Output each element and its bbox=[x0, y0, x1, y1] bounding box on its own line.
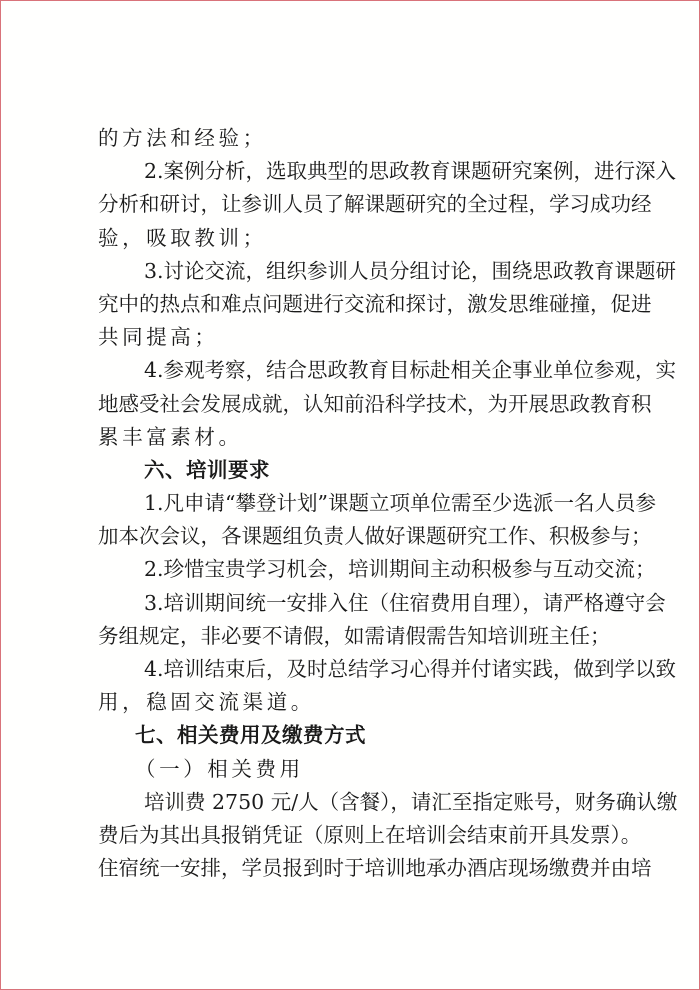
list-item-requirement-2: 2.珍惜宝贵学习机会，培训期间主动积极参与互动交流； bbox=[98, 553, 610, 586]
section-heading-fees: 七、相关费用及缴费方式 bbox=[98, 719, 610, 752]
list-item-requirement-3: 3.培训期间统一安排入住（住宿费用自理），请严格遵守会 bbox=[98, 587, 610, 620]
text-line: 加本次会议，各课题组负责人做好课题研究工作、积极参与； bbox=[98, 520, 610, 553]
list-item-requirement-4: 4.培训结束后，及时总结学习心得并付诸实践，做到学以致 bbox=[98, 653, 610, 686]
document-page: 的方法和经验； 2.案例分析，选取典型的思政教育课题研究案例，进行深入 分析和研… bbox=[0, 0, 700, 990]
text-line: 用，稳固交流渠道。 bbox=[98, 686, 610, 719]
text-line: 住宿统一安排，学员报到时于培训地承办酒店现场缴费并由培 bbox=[98, 852, 610, 885]
list-item-site-visit: 4.参观考察，结合思政教育目标赴相关企事业单位参观，实 bbox=[98, 354, 610, 387]
fee-paragraph: 培训费 2750 元/人（含餐），请汇至指定账号，财务确认缴 bbox=[98, 786, 610, 819]
text-line: 的方法和经验； bbox=[98, 122, 610, 155]
list-item-discussion: 3.讨论交流，组织参训人员分组讨论，围绕思政教育课题研 bbox=[98, 255, 610, 288]
subsection-heading-related-fees: （一）相关费用 bbox=[98, 753, 610, 786]
text-line: 究中的热点和难点问题进行交流和探讨，激发思维碰撞，促进 bbox=[98, 288, 610, 321]
text-line: 务组规定，非必要不请假，如需请假需告知培训班主任； bbox=[98, 620, 610, 653]
document-body: 的方法和经验； 2.案例分析，选取典型的思政教育课题研究案例，进行深入 分析和研… bbox=[98, 122, 610, 885]
text-line: 费后为其出具报销凭证（原则上在培训会结束前开具发票）。 bbox=[98, 819, 610, 852]
text-line: 共同提高； bbox=[98, 321, 610, 354]
text-line: 分析和研讨，让参训人员了解课题研究的全过程，学习成功经 bbox=[98, 188, 610, 221]
text-line: 验，吸取教训； bbox=[98, 222, 610, 255]
text-line: 累丰富素材。 bbox=[98, 421, 610, 454]
list-item-requirement-1: 1.凡申请“攀登计划”课题立项单位需至少选派一名人员参 bbox=[98, 487, 610, 520]
text-line: 地感受社会发展成就，认知前沿科学技术，为开展思政教育积 bbox=[98, 388, 610, 421]
section-heading-training-requirements: 六、培训要求 bbox=[98, 454, 610, 487]
list-item-case-analysis: 2.案例分析，选取典型的思政教育课题研究案例，进行深入 bbox=[98, 155, 610, 188]
